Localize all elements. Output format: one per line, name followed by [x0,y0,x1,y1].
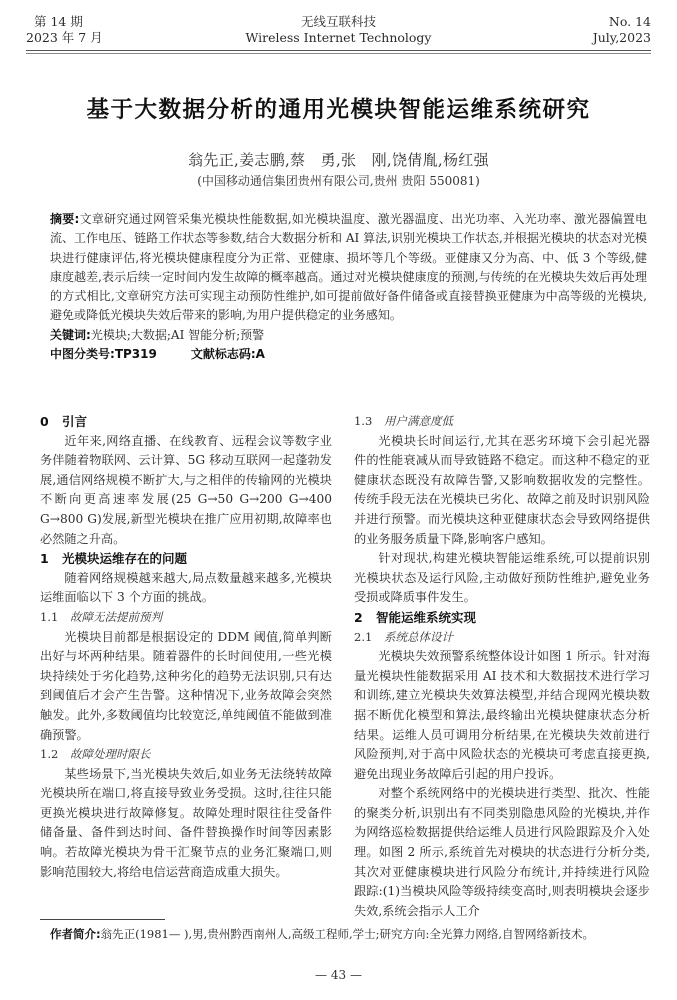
right-column: 1.3用户满意度低 光模块长时间运行,尤其在恶劣环境下会引起光器件的性能衰减从而… [354,412,650,921]
footnote-text: 翁先正(1981— ),男,贵州黔西南州人,高级工程师,学士;研究方向:全光算力… [101,927,594,941]
page-number: — 43 — [0,968,677,982]
section-heading-1: 1光模块运维存在的问题 [40,549,332,569]
issue-en: No. 14 [593,14,651,30]
keywords-label: 关键词: [50,328,91,342]
doc-code-value: A [256,347,265,361]
paragraph: 对整个系统网络中的光模块进行类型、批次、性能的聚类分析,识别出有不同类别隐患风险… [354,784,650,921]
keywords-text: 光模块;大数据;AI 智能分析;预警 [91,328,264,342]
keywords-line: 关键词:光模块;大数据;AI 智能分析;预警 [50,326,647,345]
subsection-heading-1-1: 1.1故障无法提前预判 [40,608,332,628]
header-rule [26,50,651,51]
classification-line: 中图分类号:TP319文献标志码:A [50,345,647,364]
section-heading-0: 0引言 [40,412,332,432]
abstract-block: 摘要:文章研究通过网管采集光模块性能数据,如光模块温度、激光器温度、出光功率、入… [50,210,647,364]
clc-value: TP319 [115,347,157,361]
header-right: No. 14 July,2023 [593,14,651,46]
header-rule [26,53,651,54]
abstract-text: 文章研究通过网管采集光模块性能数据,如光模块温度、激光器温度、出光功率、入光功率… [50,212,647,322]
paper-affiliation: (中国移动通信集团贵州有限公司,贵州 贵阳 550081) [0,172,677,189]
paragraph: 光模块失效预警系统整体设计如图 1 所示。针对海量光模块性能数据采用 AI 技术… [354,647,650,784]
abstract-paragraph: 摘要:文章研究通过网管采集光模块性能数据,如光模块温度、激光器温度、出光功率、入… [50,210,647,326]
doc-code-label: 文献标志码: [191,347,256,361]
paragraph: 随着网络规模越来越大,局点数量越来越多,光模块运维面临以下 3 个方面的挑战。 [40,569,332,608]
footnote-label: 作者简介: [50,927,101,941]
section-heading-2: 2智能运维系统实现 [354,608,650,628]
author-footnote: 作者简介:翁先正(1981— ),男,贵州黔西南州人,高级工程师,学士;研究方向… [50,925,647,944]
left-column: 0引言 近年来,网络直播、在线教育、远程会议等数字业务伴随着物联网、云计算、5G… [40,412,332,882]
paragraph: 针对现状,构建光模块智能运维系统,可以提前识别光模块状态及运行风险,主动做好预防… [354,549,650,608]
paragraph: 光模块目前都是根据设定的 DDM 阈值,简单判断出好与坏两种结果。随着器件的长时… [40,628,332,746]
date-en: July,2023 [593,30,651,46]
subsection-heading-1-3: 1.3用户满意度低 [354,412,650,432]
footnote-rule [40,919,165,920]
paragraph: 光模块长时间运行,尤其在恶劣环境下会引起光器件的性能衰减从而导致链路不稳定。而这… [354,432,650,550]
paragraph: 某些场景下,当光模块失效后,如业务无法绕转故障光模块所在端口,将直接导致业务受损… [40,765,332,883]
paragraph: 近年来,网络直播、在线教育、远程会议等数字业务伴随着物联网、云计算、5G 移动互… [40,432,332,550]
subsection-heading-2-1: 2.1系统总体设计 [354,628,650,648]
paper-authors: 翁先正,姜志鹏,蔡 勇,张 刚,饶倩胤,杨红强 [0,149,677,170]
journal-name-cn: 无线互联科技 [26,14,651,30]
running-header: 第 14 期 2023 年 7 月 无线互联科技 Wireless Intern… [26,14,651,58]
header-center: 无线互联科技 Wireless Internet Technology [26,14,651,46]
subsection-heading-1-2: 1.2故障处理时限长 [40,745,332,765]
abstract-label: 摘要: [50,212,79,226]
journal-name-en: Wireless Internet Technology [26,30,651,46]
paper-title: 基于大数据分析的通用光模块智能运维系统研究 [0,92,677,124]
clc-label: 中图分类号: [50,347,115,361]
